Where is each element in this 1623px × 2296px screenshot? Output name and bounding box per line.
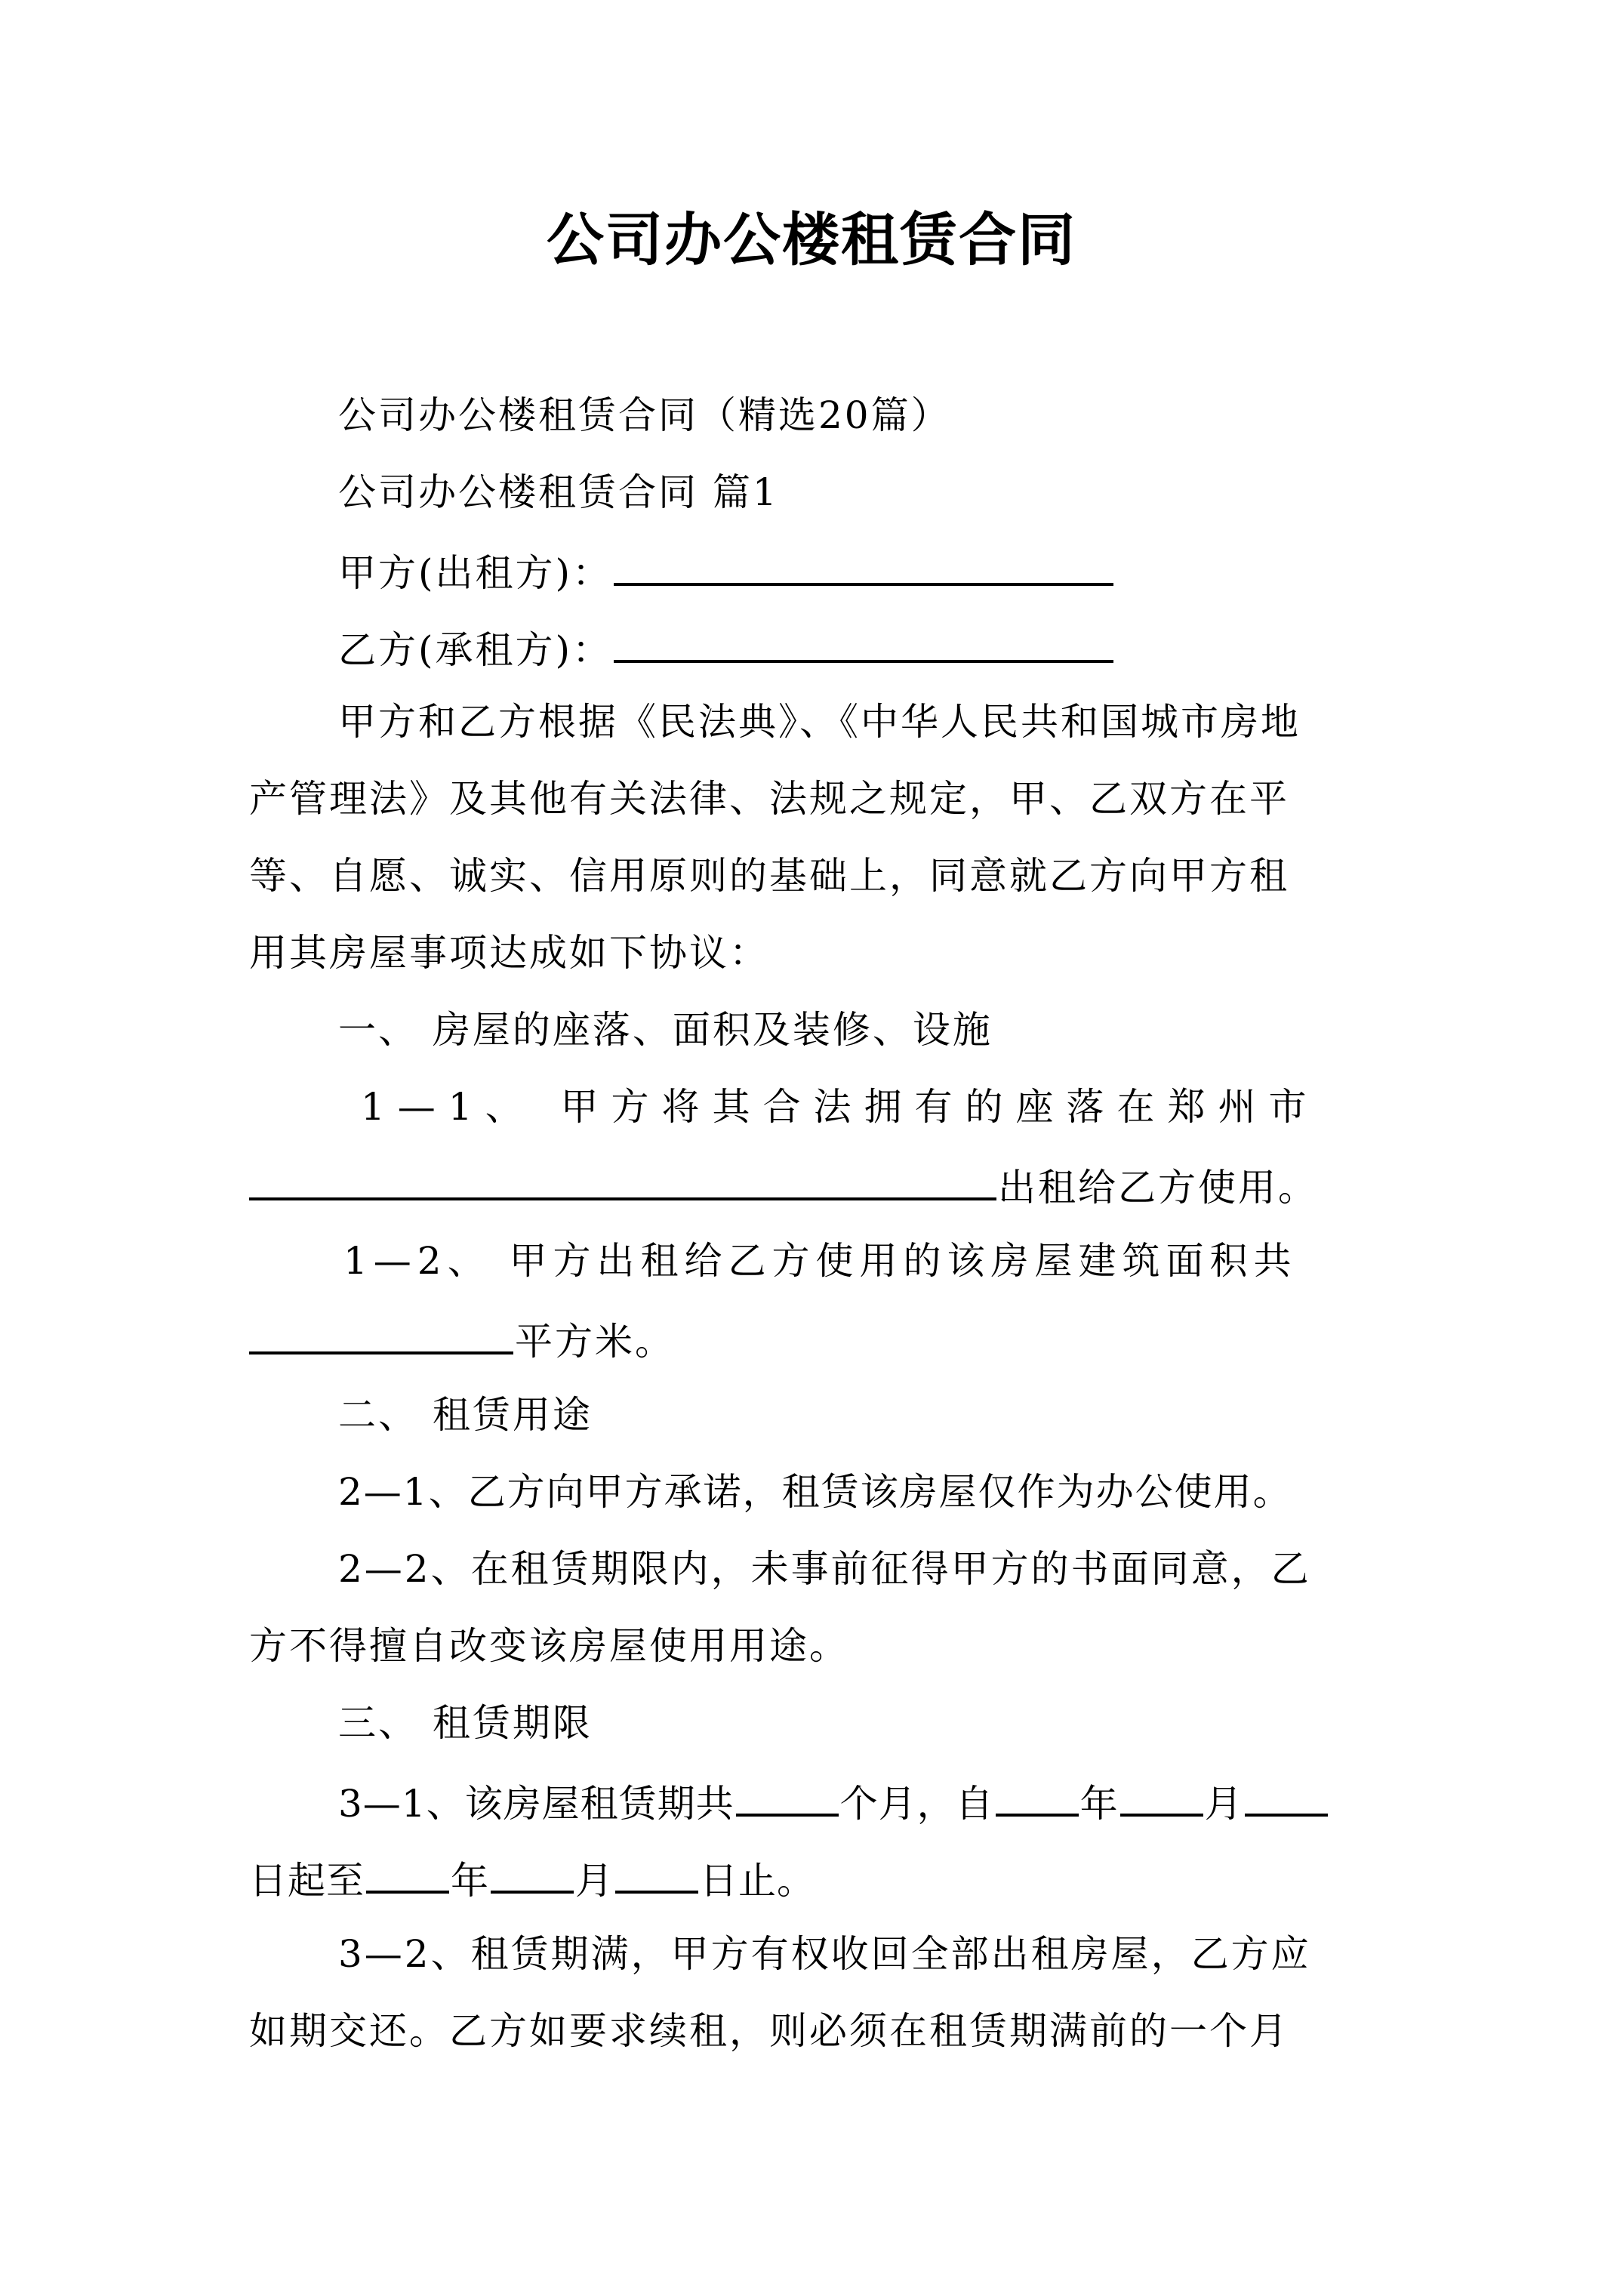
clause-3-1-text-a: 3—1、该房屋租赁期共: [338, 1782, 735, 1826]
party-a-label: 甲方(出租方)：: [338, 551, 612, 595]
party-a-blank[interactable]: [614, 547, 1113, 586]
clause-3-1-line-1: 3—1、该房屋租赁期共个月，自年月: [338, 1777, 1329, 1826]
document-page: 公司办公楼租赁合同 公司办公楼租赁合同（精选20篇） 公司办公楼租赁合同 篇1 …: [0, 0, 1623, 2296]
start-day-blank[interactable]: [1245, 1777, 1328, 1817]
clause-3-1-text-f: 年: [451, 1859, 489, 1903]
clause-1-2-suffix: 平方米。: [515, 1320, 675, 1364]
clause-3-1-text-g: 月: [575, 1859, 614, 1903]
clause-3-2-line-1: 3—2、租赁期满，甲方有权收回全部出租房屋，乙方应: [338, 1931, 1311, 1977]
preamble-line-1: 甲方和乙方根据《民法典》、《中华人民共和国城市房地: [338, 699, 1301, 744]
clause-3-1-text-b: 个月，自: [840, 1782, 994, 1826]
clause-3-1-text-c: 年: [1080, 1782, 1119, 1826]
clause-1-1-suffix: 出租给乙方使用。: [998, 1166, 1318, 1210]
clause-2-2-line-2: 方不得擅自改变该房屋使用用途。: [249, 1623, 849, 1669]
preamble-line-2: 产管理法》及其他有关法律、法规之规定，甲、乙双方在平: [249, 776, 1289, 821]
clause-3-1-text-e: 日起至: [249, 1859, 365, 1903]
end-day-blank[interactable]: [615, 1854, 698, 1894]
document-title: 公司办公楼租赁合同: [0, 202, 1623, 278]
preamble-line-4: 用其房屋事项达成如下协议：: [249, 930, 769, 975]
clause-1-2-line-2: 平方米。: [249, 1315, 675, 1364]
start-month-blank[interactable]: [1120, 1777, 1203, 1817]
document-subtitle: 公司办公楼租赁合同（精选20篇）: [338, 393, 951, 438]
part-heading: 公司办公楼租赁合同 篇1: [338, 470, 779, 515]
clause-1-1-line-2: 出租给乙方使用。: [249, 1161, 1318, 1210]
clause-3-1-text-h: 日止。: [700, 1859, 815, 1903]
party-b-blank[interactable]: [614, 624, 1113, 663]
party-b-row: 乙方(承租方)：: [338, 624, 1115, 673]
section-1-heading: 一、 房屋的座落、面积及装修、设施: [338, 1007, 993, 1052]
area-blank[interactable]: [249, 1315, 513, 1354]
clause-2-1: 2—1、乙方向甲方承诺，租赁该房屋仅作为办公使用。: [338, 1469, 1292, 1515]
start-year-blank[interactable]: [996, 1777, 1079, 1817]
preamble-line-3: 等、自愿、诚实、信用原则的基础上，同意就乙方向甲方租: [249, 853, 1289, 898]
clause-3-1-text-d: 月: [1205, 1782, 1243, 1826]
clause-3-2-line-2: 如期交还。乙方如要求续租，则必须在租赁期满前的一个月: [249, 2008, 1289, 2054]
clause-2-2-line-1: 2—2、在租赁期限内，未事前征得甲方的书面同意，乙: [338, 1546, 1311, 1592]
section-3-heading: 三、 租赁期限: [338, 1700, 593, 1746]
section-2-heading: 二、 租赁用途: [338, 1392, 593, 1438]
months-blank[interactable]: [736, 1777, 839, 1817]
end-year-blank[interactable]: [366, 1854, 449, 1894]
party-a-row: 甲方(出租方)：: [338, 547, 1115, 596]
location-blank[interactable]: [249, 1161, 996, 1200]
clause-1-2-line-1: 1—2、 甲方出租给乙方使用的该房屋建筑面积共: [343, 1238, 1298, 1284]
clause-3-1-line-2: 日起至年月日止。: [249, 1854, 815, 1903]
party-b-label: 乙方(承租方)：: [338, 628, 612, 672]
end-month-blank[interactable]: [491, 1854, 574, 1894]
clause-1-1-line-1: 1—1、 甲方将其合法拥有的座落在郑州市: [361, 1084, 1320, 1130]
